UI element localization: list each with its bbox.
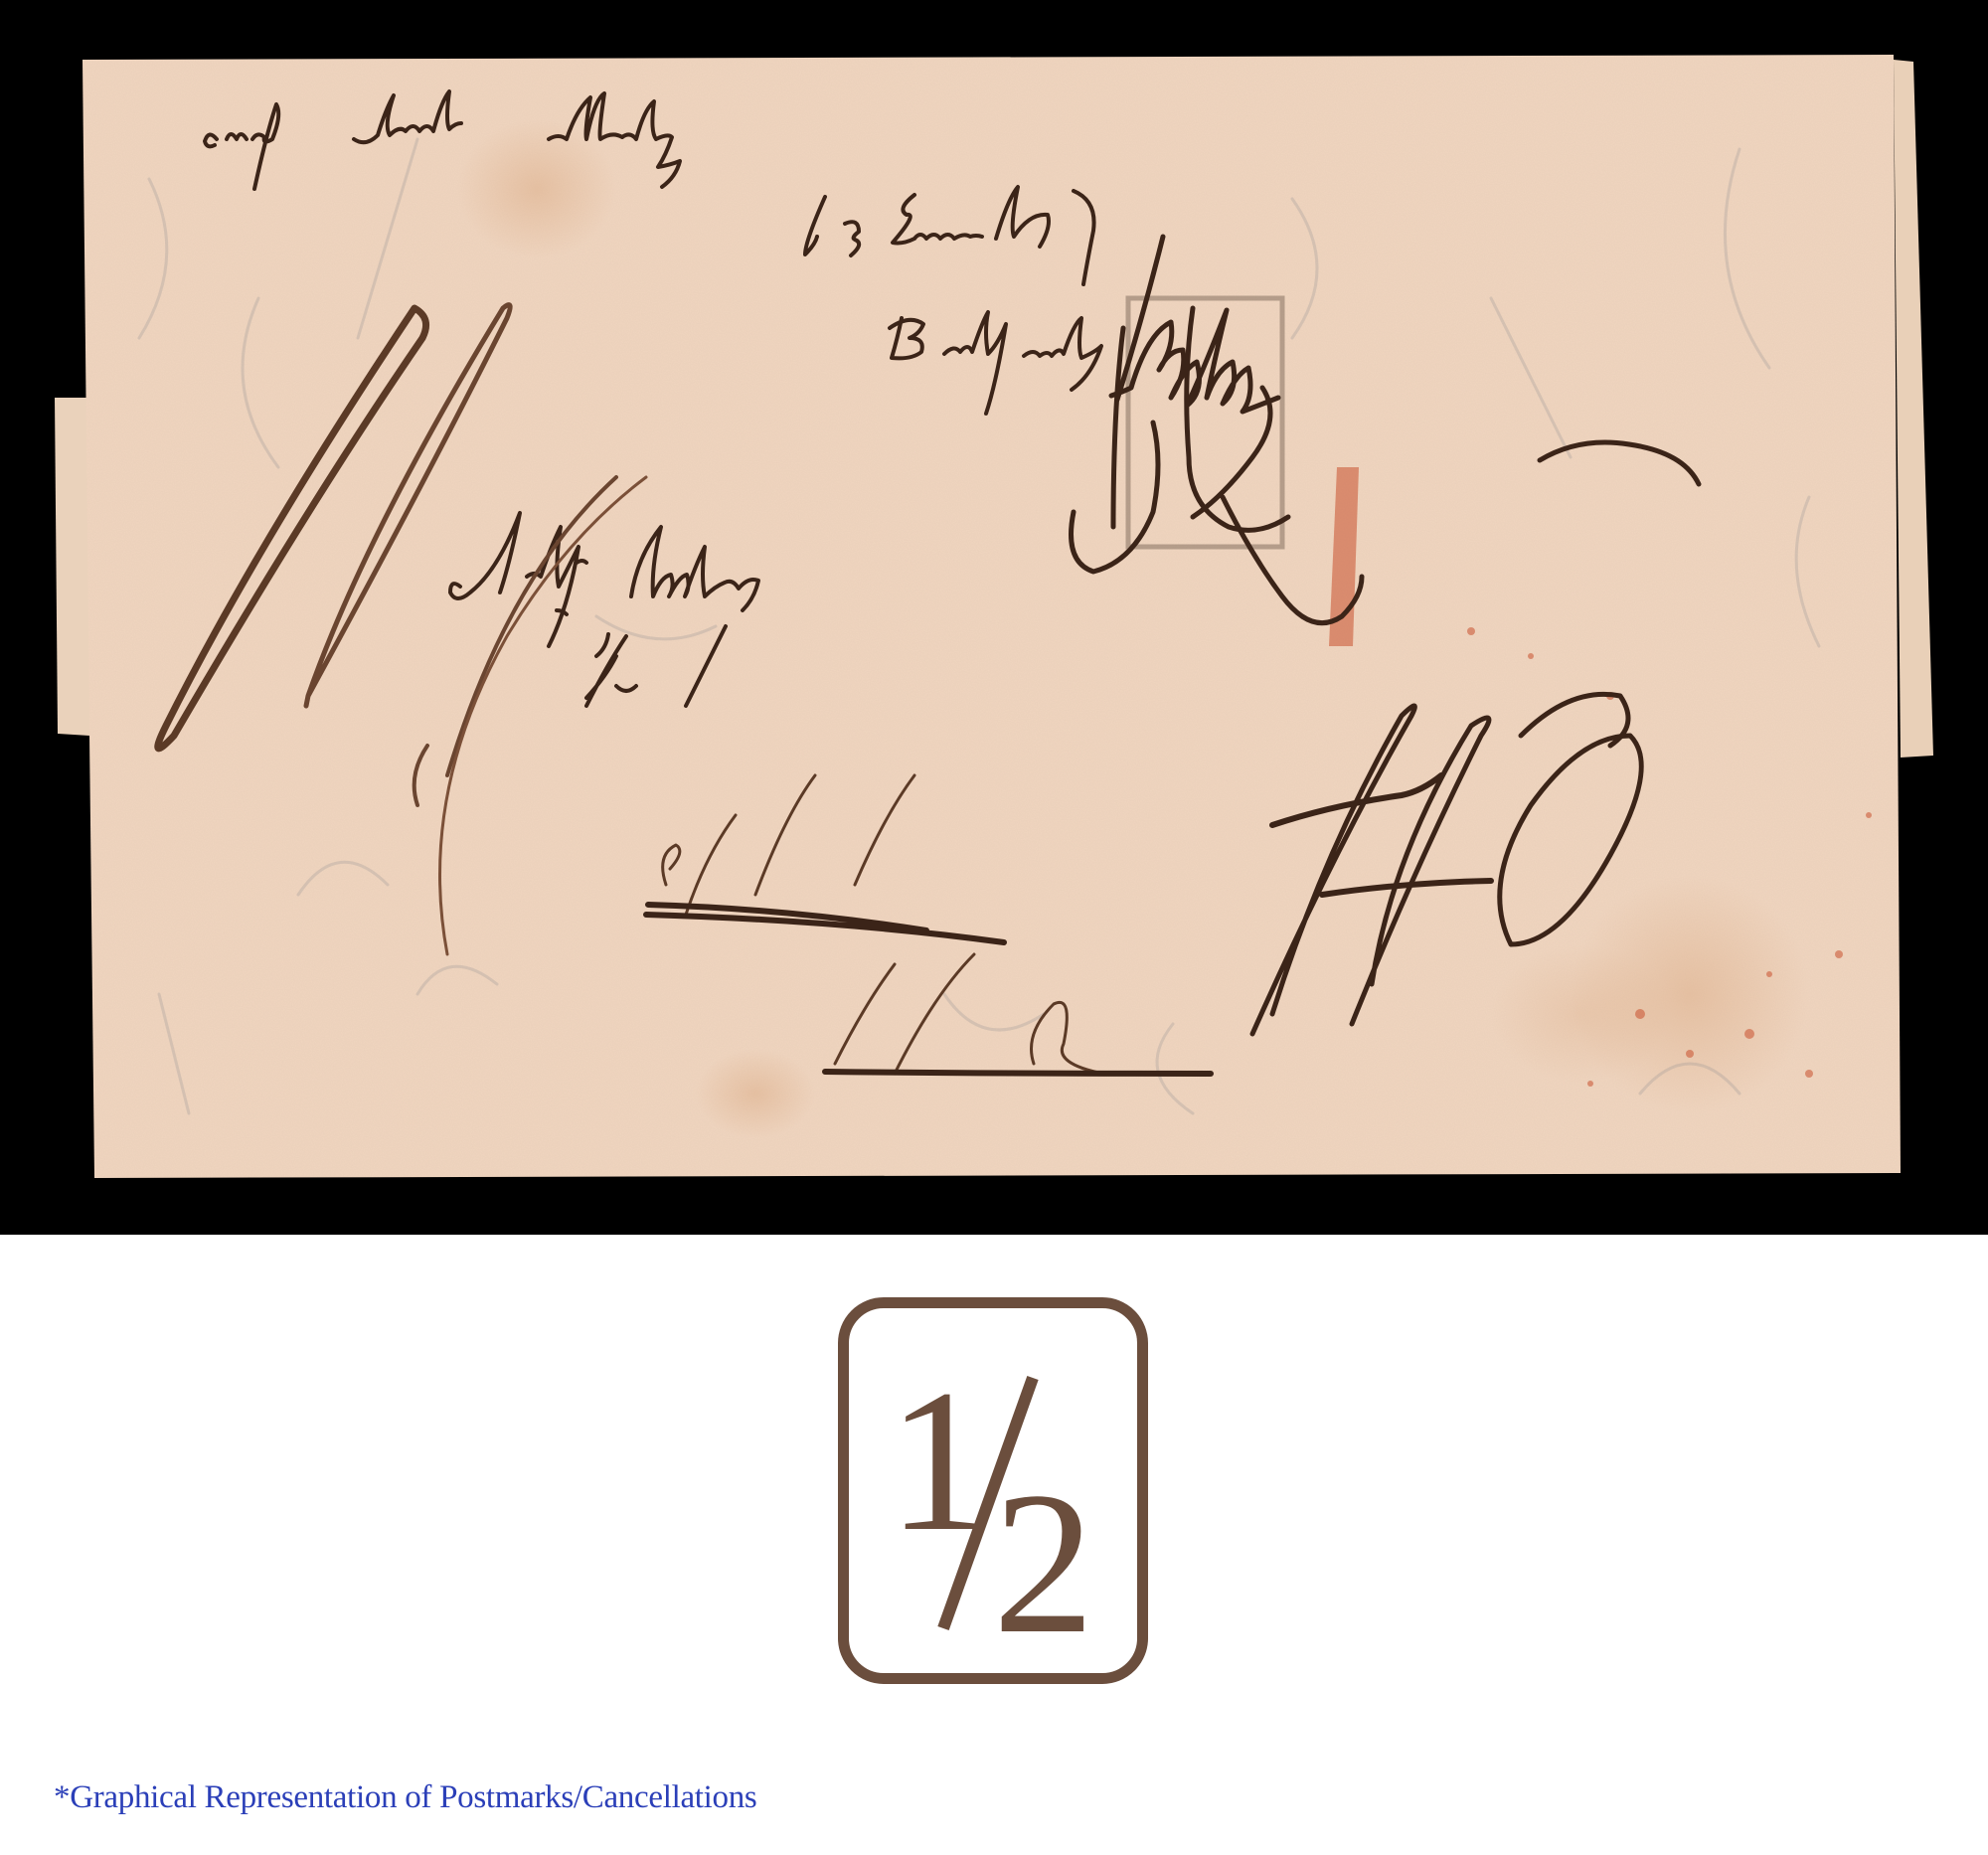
letter-photograph — [0, 0, 1988, 1235]
postmark-graphic-half-rate: 1 2 — [838, 1297, 1148, 1684]
fraction-glyph: 1 2 — [849, 1308, 1137, 1673]
right-fold-flap — [1894, 60, 1933, 758]
left-fold-flap — [55, 398, 89, 736]
fraction-denominator: 2 — [993, 1450, 1095, 1673]
caption-graphical-representation: *Graphical Representation of Postmarks/C… — [54, 1779, 756, 1816]
letter-image — [0, 0, 1988, 1235]
